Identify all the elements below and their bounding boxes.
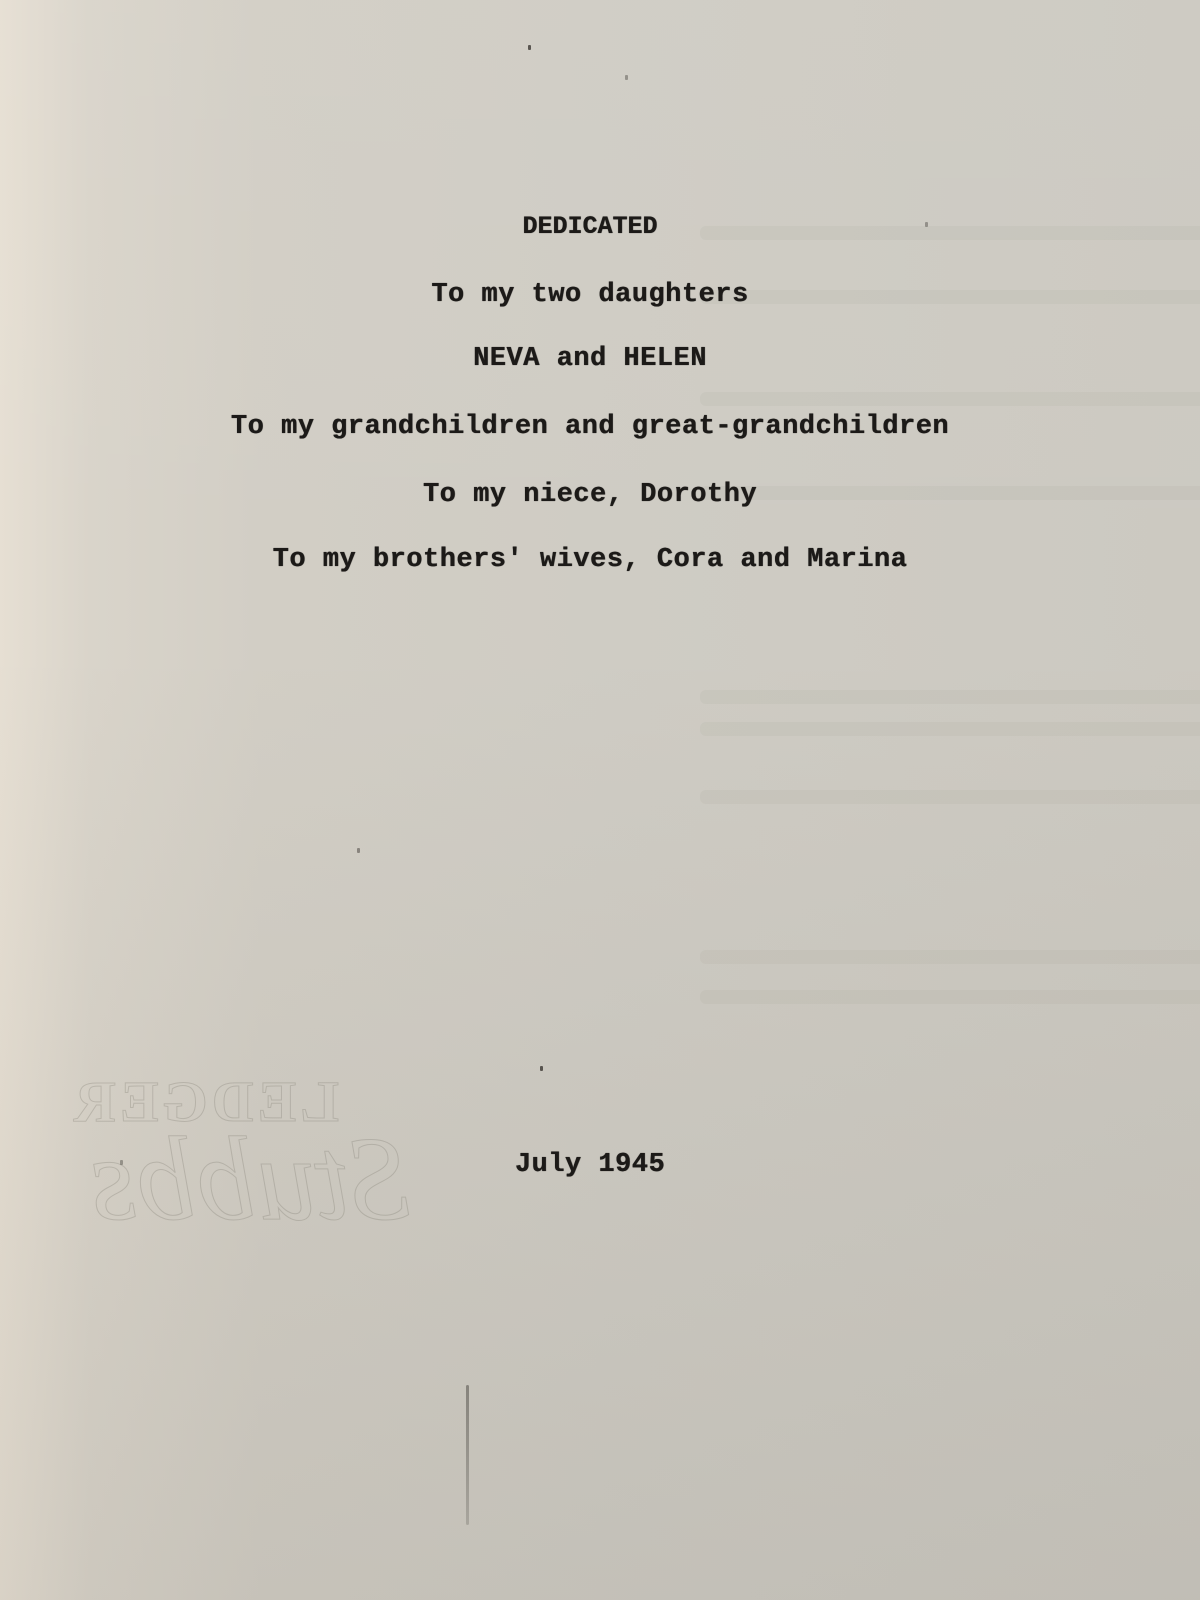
show-through-text [700, 950, 1200, 964]
show-through-text [700, 722, 1200, 736]
show-through-text [700, 690, 1200, 704]
paper-speck [540, 1066, 543, 1071]
dedication-line-daughters: To my two daughters [0, 280, 1180, 310]
dedication-line-niece: To my niece, Dorothy [0, 480, 1180, 510]
show-through-text [700, 990, 1200, 1004]
typewritten-page: LEDGER Stubbs DEDICATED To my two daught… [0, 0, 1200, 1600]
dedication-date: July 1945 [0, 1150, 1180, 1180]
dedication-line-grandchildren: To my grandchildren and great-grandchild… [0, 412, 1180, 442]
show-through-text [700, 392, 1200, 406]
paper-speck [357, 848, 360, 853]
paper-crease [466, 1385, 469, 1525]
dedication-line-sisters-in-law: To my brothers' wives, Cora and Marina [0, 545, 1180, 575]
paper-speck [625, 75, 628, 80]
paper-speck [528, 45, 531, 50]
dedication-heading: DEDICATED [0, 212, 1180, 241]
dedication-line-names: NEVA and HELEN [0, 344, 1180, 374]
embossed-impression: LEDGER [70, 1068, 339, 1135]
show-through-text [700, 790, 1200, 804]
